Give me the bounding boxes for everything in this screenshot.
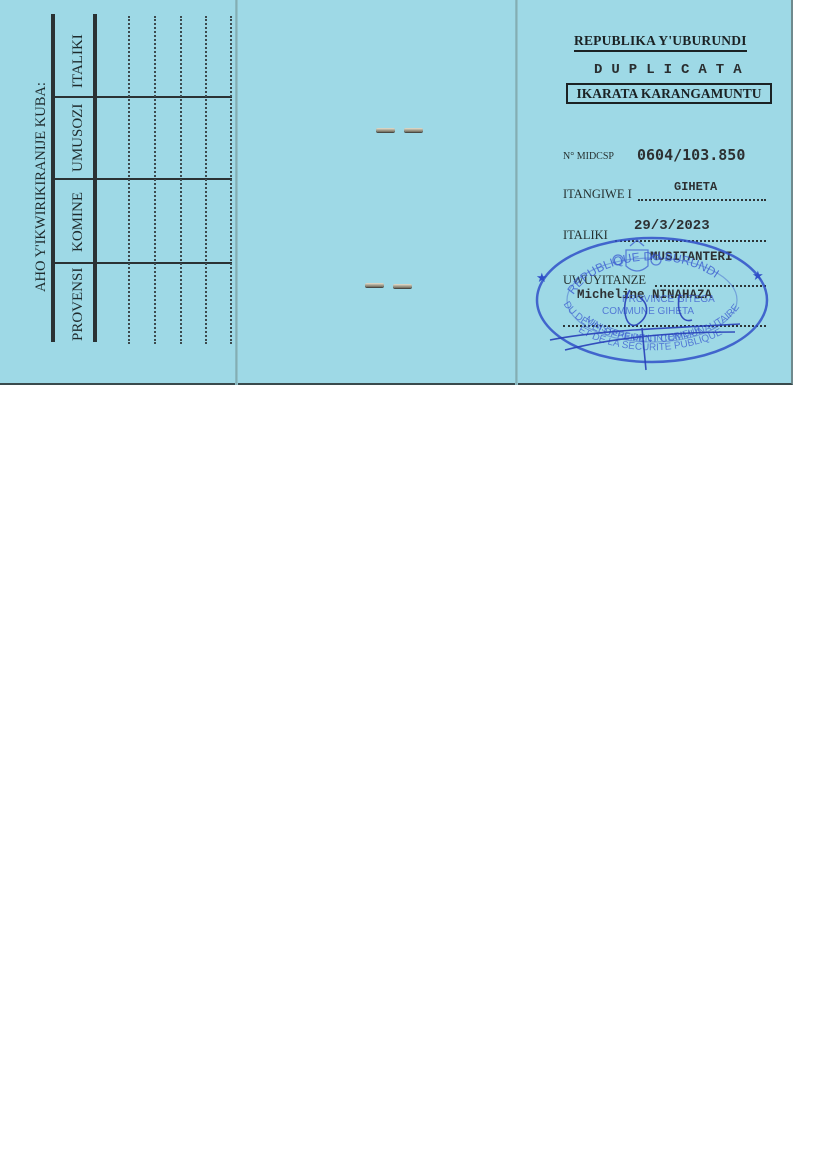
card-type-box: IKARATA KARANGAMUNTU xyxy=(566,83,772,104)
residence-heading: AHO Y'IKWIRIKIRANIJE KUBA: xyxy=(33,82,50,292)
staple-icon xyxy=(404,128,423,132)
number-value: 0604/103.850 xyxy=(637,146,745,164)
staple-icon xyxy=(365,283,384,287)
number-label: N° MIDCSP xyxy=(563,151,614,162)
column-header-italiki: ITALIKI xyxy=(70,34,87,88)
svg-text:REPUBLIQUE DU BURUNDI: REPUBLIQUE DU BURUNDI xyxy=(564,249,721,297)
column-header-umusozi: UMUSOZI xyxy=(70,104,87,172)
staple-icon xyxy=(393,284,412,288)
official-stamp: REPUBLIQUE DU BURUNDI PROVINCE GITEGA CO… xyxy=(530,232,775,372)
stamp-top-text: REPUBLIQUE DU BURUNDI xyxy=(564,249,721,297)
id-card-booklet: AHO Y'IKWIRIKIRANIJE KUBA: PROVENSI KOMI… xyxy=(0,0,793,385)
duplicate-mark: DUPLICATA xyxy=(594,62,751,78)
entry-line xyxy=(128,16,130,344)
entry-line xyxy=(205,16,207,344)
country-title: REPUBLIKA Y'UBURUNDI xyxy=(574,33,747,52)
staple-icon xyxy=(376,128,395,132)
stamp-province: PROVINCE GITEGA xyxy=(622,294,715,305)
column-header-komine: KOMINE xyxy=(70,192,87,252)
star-icon: ★ xyxy=(752,268,764,283)
entry-line xyxy=(180,16,182,344)
issued-at-value: GIHETA xyxy=(674,180,717,194)
issued-at-label: ITANGIWE I xyxy=(563,187,632,202)
star-icon: ★ xyxy=(536,270,548,285)
entry-line xyxy=(154,16,156,344)
issued-at-line xyxy=(638,199,766,201)
entry-line xyxy=(230,16,232,344)
fold-line xyxy=(515,0,518,385)
fold-line xyxy=(235,0,238,385)
column-header-provensi: PROVENSI xyxy=(70,268,87,341)
